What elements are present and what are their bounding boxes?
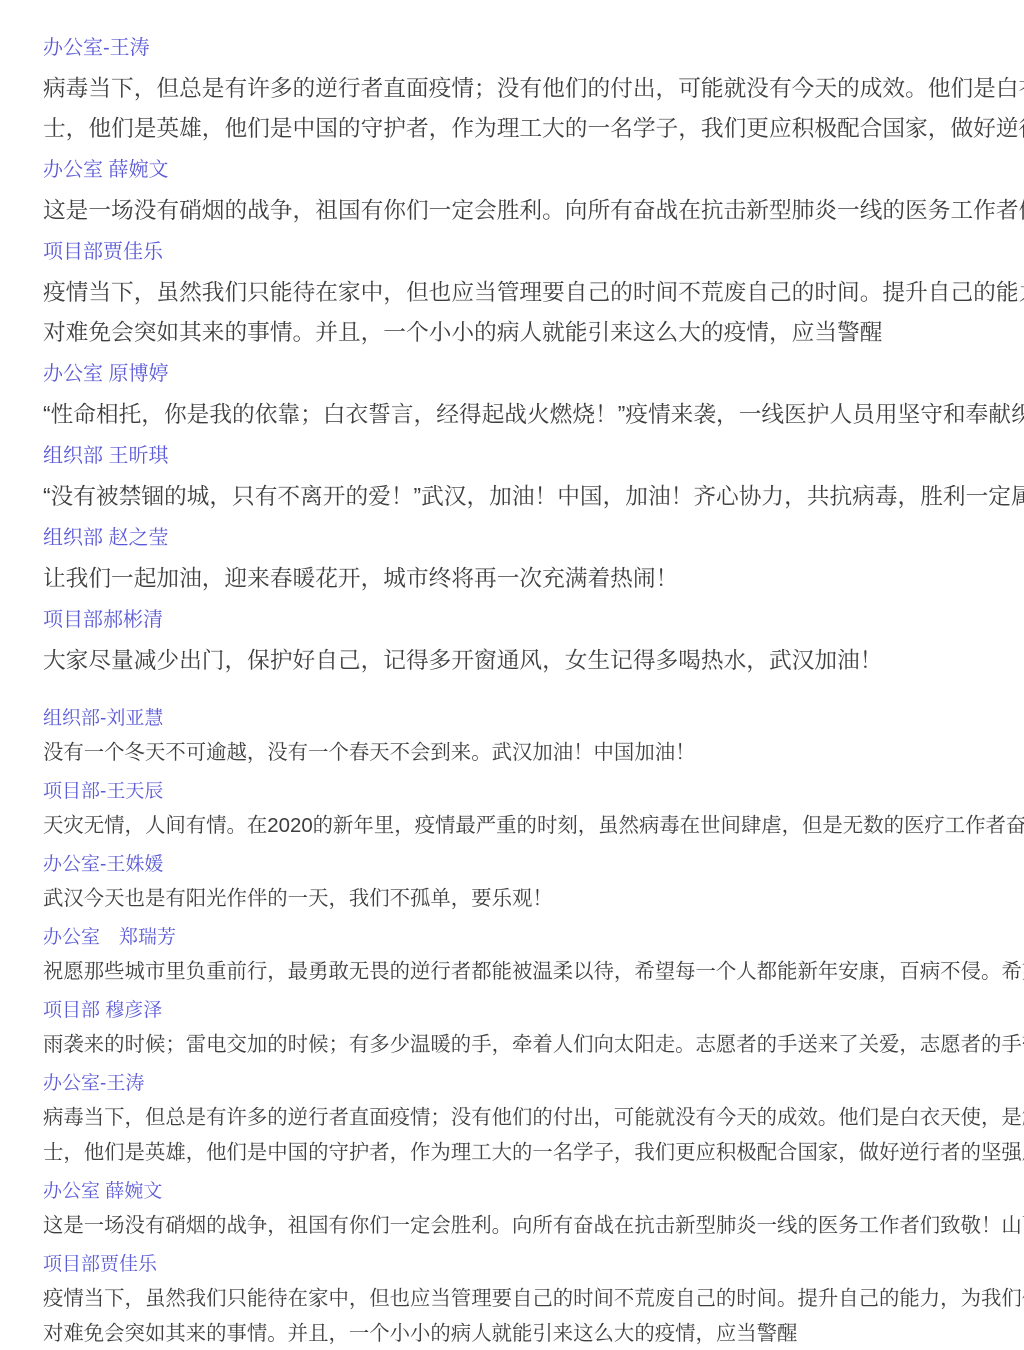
comment-entry: 项目部郝彬清大家尽量减少出门，保护好自己，记得多开窗通风，女生记得多喝热水，武汉… [43,600,1024,680]
author-link[interactable]: 办公室-王涛 [43,28,1024,68]
author-link[interactable]: 项目部郝彬清 [43,600,1024,640]
message-line: 天灾无情，人间有情。在2020的新年里，疫情最严重的时刻，虽然病毒在世间肆虐，但… [43,809,1024,844]
author-link[interactable]: 办公室 原博婷 [43,354,1024,394]
message-line: 病毒当下，但总是有许多的逆行者直面疫情；没有他们的付出，可能就没有今天的成效。他… [43,1101,1024,1136]
author-link[interactable]: 组织部 王昕琪 [43,436,1024,476]
comment-entry: 办公室-王涛病毒当下，但总是有许多的逆行者直面疫情；没有他们的付出，可能就没有今… [43,28,1024,148]
message-line: 对难免会突如其来的事情。并且，一个小小的病人就能引来这么大的疫情，应当警醒 [43,1317,1024,1350]
message-line: 让我们一起加油，迎来春暖花开，城市终将再一次充满着热闹！ [43,558,1024,598]
comment-list-bottom: 组织部-刘亚慧没有一个冬天不可逾越，没有一个春天不会到来。武汉加油！中国加油！项… [43,701,1024,1350]
author-link[interactable]: 项目部贾佳乐 [43,232,1024,272]
message-line: 士，他们是英雄，他们是中国的守护者，作为理工大的一名学子，我们更应积极配合国家，… [43,1136,1024,1171]
message-line: 疫情当下，虽然我们只能待在家中，但也应当管理要自己的时间不荒废自己的时间。提升自… [43,1282,1024,1317]
comment-entry: 项目部-王天辰天灾无情，人间有情。在2020的新年里，疫情最严重的时刻，虽然病毒… [43,774,1024,844]
comment-entry: 项目部贾佳乐疫情当下，虽然我们只能待在家中，但也应当管理要自己的时间不荒废自己的… [43,232,1024,352]
comment-entry: 办公室 薛婉文这是一场没有硝烟的战争，祖国有你们一定会胜利。向所有奋战在抗击新型… [43,1174,1024,1244]
comment-entry: 办公室 薛婉文这是一场没有硝烟的战争，祖国有你们一定会胜利。向所有奋战在抗击新型… [43,150,1024,230]
message-line: 病毒当下，但总是有许多的逆行者直面疫情；没有他们的付出，可能就没有今天的成效。他… [43,68,1024,108]
author-link[interactable]: 办公室-王涛 [43,1066,1024,1101]
message-line: 这是一场没有硝烟的战争，祖国有你们一定会胜利。向所有奋战在抗击新型肺炎一线的医务… [43,190,1024,230]
author-link[interactable]: 项目部 穆彦泽 [43,993,1024,1028]
message-line: 祝愿那些城市里负重前行，最勇敢无畏的逆行者都能被温柔以待，希望每一个人都能新年安… [43,955,1024,990]
comment-entry: 组织部 王昕琪“没有被禁锢的城，只有不离开的爱！”武汉，加油！中国，加油！齐心协… [43,436,1024,516]
message-line: 这是一场没有硝烟的战争，祖国有你们一定会胜利。向所有奋战在抗击新型肺炎一线的医务… [43,1209,1024,1244]
author-link[interactable]: 项目部-王天辰 [43,774,1024,809]
comment-entry: 办公室-王姝媛武汉今天也是有阳光作伴的一天，我们不孤单，要乐观！ [43,847,1024,917]
message-line: 武汉今天也是有阳光作伴的一天，我们不孤单，要乐观！ [43,882,1024,917]
message-line: 雨袭来的时候；雷电交加的时候；有多少温暖的手，牵着人们向太阳走。志愿者的手送来了… [43,1028,1024,1063]
author-link[interactable]: 办公室-王姝媛 [43,847,1024,882]
comment-entry: 办公室-王涛病毒当下，但总是有许多的逆行者直面疫情；没有他们的付出，可能就没有今… [43,1066,1024,1171]
author-link[interactable]: 项目部贾佳乐 [43,1247,1024,1282]
comment-entry: 办公室 郑瑞芳祝愿那些城市里负重前行，最勇敢无畏的逆行者都能被温柔以待，希望每一… [43,920,1024,990]
message-line: “没有被禁锢的城，只有不离开的爱！”武汉，加油！中国，加油！齐心协力，共抗病毒，… [43,476,1024,516]
author-link[interactable]: 组织部 赵之莹 [43,518,1024,558]
comment-page: 办公室-王涛病毒当下，但总是有许多的逆行者直面疫情；没有他们的付出，可能就没有今… [0,0,1024,1350]
comment-entry: 项目部 穆彦泽雨袭来的时候；雷电交加的时候；有多少温暖的手，牵着人们向太阳走。志… [43,993,1024,1063]
message-line: 没有一个冬天不可逾越，没有一个春天不会到来。武汉加油！中国加油！ [43,736,1024,771]
message-line: 士，他们是英雄，他们是中国的守护者，作为理工大的一名学子，我们更应积极配合国家，… [43,108,1024,148]
comment-entry: 办公室 原博婷“性命相托，你是我的依靠；白衣誓言，经得起战火燃烧！”疫情来袭，一… [43,354,1024,434]
comment-entry: 组织部-刘亚慧没有一个冬天不可逾越，没有一个春天不会到来。武汉加油！中国加油！ [43,701,1024,771]
comment-entry: 组织部 赵之莹让我们一起加油，迎来春暖花开，城市终将再一次充满着热闹！ [43,518,1024,598]
message-line: 疫情当下，虽然我们只能待在家中，但也应当管理要自己的时间不荒废自己的时间。提升自… [43,272,1024,312]
message-line: 对难免会突如其来的事情。并且，一个小小的病人就能引来这么大的疫情，应当警醒 [43,312,1024,352]
author-link[interactable]: 组织部-刘亚慧 [43,701,1024,736]
author-link[interactable]: 办公室 薛婉文 [43,150,1024,190]
author-link[interactable]: 办公室 薛婉文 [43,1174,1024,1209]
message-line: 大家尽量减少出门，保护好自己，记得多开窗通风，女生记得多喝热水，武汉加油！ [43,640,1024,680]
author-link[interactable]: 办公室 郑瑞芳 [43,920,1024,955]
message-line: “性命相托，你是我的依靠；白衣誓言，经得起战火燃烧！”疫情来袭，一线医护人员用坚… [43,394,1024,434]
comment-entry: 项目部贾佳乐疫情当下，虽然我们只能待在家中，但也应当管理要自己的时间不荒废自己的… [43,1247,1024,1350]
comment-list-top: 办公室-王涛病毒当下，但总是有许多的逆行者直面疫情；没有他们的付出，可能就没有今… [43,28,1024,680]
